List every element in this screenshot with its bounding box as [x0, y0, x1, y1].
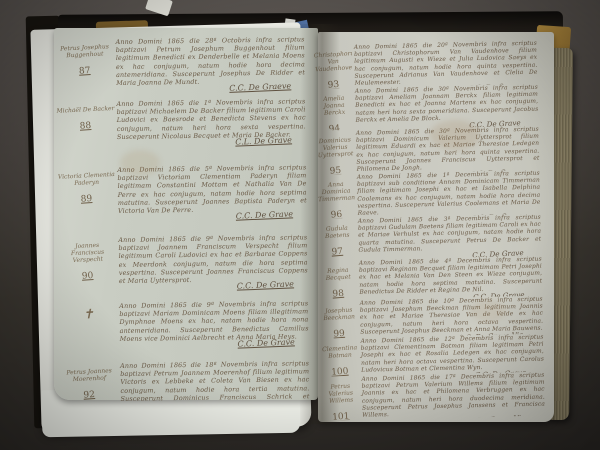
entry-number: 100 — [331, 367, 349, 377]
register-entry: Josephus Beeckman 99 Anno Domini 1865 di… — [320, 295, 549, 338]
entry-body: Anno Domini 1865 die 4ª Decembris infra … — [357, 255, 548, 299]
entry-body: Anno Domini 1865 die 3ª Decembris infra … — [356, 214, 547, 260]
register-entry: Petrus Joannes Moerenhof 92 Anno Domini … — [60, 358, 315, 402]
entry-number: 94 — [329, 124, 341, 131]
entry-margin: Petrus Josephus Buggenhout 87 — [56, 37, 115, 100]
entry-margin: Joannes Franciscus Verspecht 90 — [58, 235, 117, 302]
entry-margin: Christophorus Van Vaudenhove 93 — [314, 44, 353, 89]
entry-margin: Dominicus Valerius Uyttersprot 95 — [316, 130, 355, 175]
entry-margin: Michaël De Backer 88 — [56, 99, 115, 166]
register-left-page: Petrus Josephus Buggenhout 87 Anno Domin… — [54, 28, 318, 400]
register-entry: Victoria Clementia Paderyn 89 Anno Domin… — [57, 162, 312, 236]
entry-margin-name: Regina Becquet — [319, 266, 358, 282]
entry-number: 93 — [328, 80, 340, 89]
entry-margin: Regina Becquet 98 — [319, 260, 358, 301]
entry-margin-name: Josephus Beeckman — [320, 306, 359, 322]
entry-margin-name: Dominicus Valerius Uyttersprot — [316, 136, 355, 159]
entry-margin-name: Christophorus Van Vaudenhove — [314, 50, 353, 73]
entry-margin-name: Petrus Josephus Buggenhout — [56, 43, 114, 60]
register-entry: Joannes Franciscus Verspecht 90 Anno Dom… — [58, 232, 313, 302]
register-entry: Clementina Botman 100 Anno Domini 1865 d… — [321, 333, 550, 376]
entry-margin-name: Petrus Joannes Moerenhof — [60, 367, 118, 384]
entry-body: Anno Domini 1865 die 18ª Novembris infra… — [118, 358, 315, 402]
register-entry: ✝ Anno Domini 1865 die 9ª Novembris infr… — [59, 298, 314, 362]
entry-margin: ✝ — [59, 301, 118, 362]
entry-margin: Josephus Beeckman 99 — [320, 300, 359, 339]
entry-text: Anno Domini 1865 die 9ª Novembris infra … — [118, 233, 308, 285]
entry-text: Anno Domini 1865 die 1ª Novembris infra … — [116, 97, 306, 141]
entry-number: 90 — [82, 271, 94, 282]
entry-number: 96 — [331, 210, 343, 219]
entry-body: Anno Domini 1865 die 20ª Novembris infra… — [352, 40, 543, 88]
register-entry: Gudula Baetens 97 Anno Domini 1865 die 3… — [318, 214, 547, 261]
entry-body: Anno Domini 1865 die 9ª Novembris infra … — [117, 298, 314, 361]
entry-margin: Gudula Baetens 97 — [318, 218, 357, 261]
entry-margin: Victoria Clementia Paderyn 89 — [57, 165, 116, 236]
entry-text: Anno Domini 1865 die 18ª Novembris infra… — [120, 359, 310, 402]
entry-body: Anno Domini 1865 die 1ª Novembris infra … — [114, 96, 311, 165]
entry-margin: Amelia Joanna Berckx 94 — [315, 88, 354, 131]
register-entry: Christophorus Van Vaudenhove 93 Anno Dom… — [314, 40, 543, 89]
entry-margin-name: Clementina Botman — [321, 344, 360, 360]
entry-body: Anno Domini 1865 die 12ª Decembris infra… — [358, 333, 549, 375]
register-entry: Amelia Joanna Berckx 94 Anno Domini 1865… — [315, 84, 544, 131]
entry-margin-name: Amelia Joanna Berckx — [315, 94, 354, 117]
entry-margin-name: Anna Dominica Timmerman — [317, 180, 356, 203]
left-page-entries: Petrus Josephus Buggenhout 87 Anno Domin… — [51, 26, 320, 402]
entry-text: Anno Domini 1865 die 28ª Octobris infra … — [116, 35, 306, 87]
entry-margin-name: Victoria Clementia Paderyn — [57, 171, 115, 188]
entry-number: 89 — [81, 194, 93, 205]
entry-margin-name: ✝ — [59, 307, 117, 323]
entry-number: 97 — [331, 247, 343, 258]
entry-number: 88 — [80, 121, 92, 132]
entry-text: Anno Domini 1865 die 9ª Novembris infra … — [119, 299, 309, 343]
entry-body: Anno Domini 1865 die 10ª Decembris infra… — [358, 295, 549, 337]
entry-number: 101 — [332, 412, 350, 421]
register-entry: Michaël De Backer 88 Anno Domini 1865 di… — [56, 96, 311, 166]
entry-margin: Petrus Valerius Willems 101 — [321, 376, 360, 421]
entry-body: Anno Domini 1865 die 28ª Octobris infra … — [114, 34, 311, 99]
entry-margin-name: Petrus Valerius Willems — [321, 382, 360, 405]
entry-margin: Anna Dominica Timmerman 96 — [317, 174, 356, 219]
entry-body: Anno Domini 1865 die 5ª Novembris infra … — [115, 162, 312, 235]
entry-margin: Clementina Botman 100 — [321, 338, 360, 377]
entry-number: 87 — [79, 66, 91, 77]
register-entry: Dominicus Valerius Uyttersprot 95 Anno D… — [316, 126, 545, 175]
entry-body: Anno Domini 1865 die 9ª Novembris infra … — [116, 232, 313, 301]
entry-number: 95 — [330, 166, 342, 175]
entry-body: Anno Domini 1865 die 30ª Novembris infra… — [353, 84, 544, 130]
entry-number: 99 — [333, 329, 345, 339]
photo-of-baptismal-register: Petrus Josephus Buggenhout 87 Anno Domin… — [0, 0, 600, 450]
register-entry: Petrus Josephus Buggenhout 87 Anno Domin… — [56, 34, 311, 100]
entry-number: 98 — [332, 289, 344, 300]
entry-text: Anno Domini 1865 die 5ª Novembris infra … — [117, 163, 307, 215]
right-page-entries: Christophorus Van Vaudenhove 93 Anno Dom… — [314, 29, 559, 424]
register-entry: Regina Becquet 98 Anno Domini 1865 die 4… — [319, 255, 548, 300]
register-entry: Anna Dominica Timmerman 96 Anno Domini 1… — [317, 170, 546, 219]
entry-body: Anno Domini 1865 die 30ª Novembris infra… — [354, 126, 545, 174]
entry-margin-name: Joannes Franciscus Verspecht — [58, 241, 117, 265]
entry-body: Anno Domini 1865 die 17ª Decembris infra… — [359, 371, 550, 419]
entry-margin: Petrus Joannes Moerenhof 92 — [60, 361, 119, 402]
register-right-page: Christophorus Van Vaudenhove 93 Anno Dom… — [318, 32, 554, 422]
entry-margin-name: Gudula Baetens — [318, 224, 357, 240]
entry-margin-name: Michaël De Backer — [56, 105, 114, 115]
register-entry: Petrus Valerius Willems 101 Anno Domini … — [321, 371, 550, 420]
entry-number: 92 — [83, 390, 95, 401]
entry-body: Anno Domini 1865 die 1ª Decembris infra … — [355, 170, 546, 218]
